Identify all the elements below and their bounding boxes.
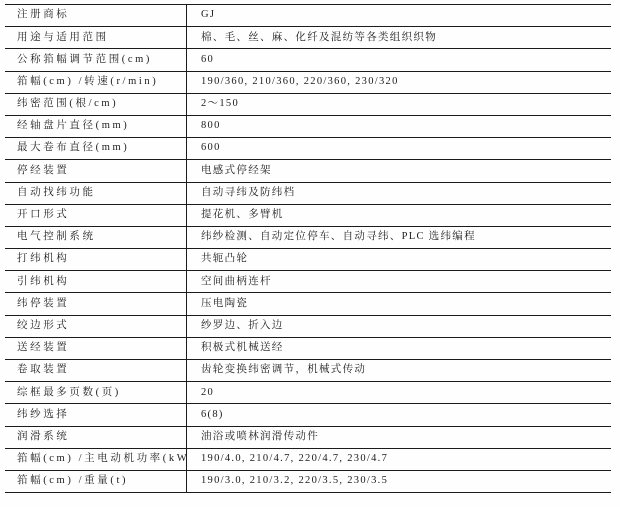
spec-value: 积极式机械送经: [186, 338, 611, 359]
table-row: 注册商标 GJ: [5, 5, 611, 27]
spec-value: 190/3.0, 210/3.2, 220/3.5, 230/3.5: [186, 471, 611, 492]
spec-label: 注册商标: [5, 5, 186, 26]
spec-label: 最大卷布直径(mm): [5, 138, 186, 159]
spec-label: 自动找纬功能: [5, 183, 186, 204]
table-row: 用途与适用范围 棉、毛、丝、麻、化纤及混纺等各类组织织物: [5, 27, 611, 49]
table-row: 润滑系统 油浴或喷林润滑传动件: [5, 427, 611, 449]
spec-label: 润滑系统: [5, 427, 186, 448]
spec-value: 纱罗边、折入边: [186, 316, 611, 337]
table-row: 筘幅(cm) /转速(r/min) 190/360, 210/360, 220/…: [5, 72, 611, 94]
spec-label: 送经装置: [5, 338, 186, 359]
spec-label: 筘幅(cm) /转速(r/min): [5, 72, 186, 93]
table-row: 筘幅(cm) /重量(t) 190/3.0, 210/3.2, 220/3.5,…: [5, 471, 611, 493]
spec-label: 筘幅(cm) /主电动机功率(kW): [5, 449, 186, 470]
spec-label: 绞边形式: [5, 316, 186, 337]
spec-label: 电气控制系统: [5, 227, 186, 248]
table-row: 自动找纬功能 自动寻纬及防纬档: [5, 183, 611, 205]
spec-value: 20: [186, 382, 611, 403]
spec-value: 自动寻纬及防纬档: [186, 183, 611, 204]
spec-value: 压电陶瓷: [186, 293, 611, 314]
spec-label: 用途与适用范围: [5, 27, 186, 48]
spec-label: 综框最多页数(页): [5, 382, 186, 403]
table-row: 纬纱选择 6(8): [5, 404, 611, 426]
spec-value: 800: [186, 116, 611, 137]
spec-value: 空间曲柄连杆: [186, 271, 611, 292]
spec-label: 公称筘幅调节范围(cm): [5, 49, 186, 70]
table-row: 送经装置 积极式机械送经: [5, 338, 611, 360]
spec-value: 2～150: [186, 94, 611, 115]
spec-label: 筘幅(cm) /重量(t): [5, 471, 186, 492]
table-row: 公称筘幅调节范围(cm) 60: [5, 49, 611, 71]
spec-label: 纬密范围(根/cm): [5, 94, 186, 115]
table-row: 停经装置 电感式停经架: [5, 160, 611, 182]
table-row: 电气控制系统 纬纱检测、自动定位停车、自动寻纬、PLC 选纬编程: [5, 227, 611, 249]
table-row: 纬密范围(根/cm) 2～150: [5, 94, 611, 116]
table-row: 开口形式 提花机、多臂机: [5, 205, 611, 227]
spec-value: 190/360, 210/360, 220/360, 230/320: [186, 72, 611, 93]
table-row: 绞边形式 纱罗边、折入边: [5, 316, 611, 338]
spec-value: 190/4.0, 210/4.7, 220/4.7, 230/4.7: [186, 449, 611, 470]
table-row: 综框最多页数(页) 20: [5, 382, 611, 404]
spec-label: 停经装置: [5, 160, 186, 181]
spec-value: 齿轮变换纬密调节，机械式传动: [186, 360, 611, 381]
table-row: 卷取装置 齿轮变换纬密调节，机械式传动: [5, 360, 611, 382]
spec-label: 引纬机构: [5, 271, 186, 292]
spec-value: 棉、毛、丝、麻、化纤及混纺等各类组织织物: [186, 27, 611, 48]
spec-label: 卷取装置: [5, 360, 186, 381]
spec-value: 电感式停经架: [186, 160, 611, 181]
spec-value: 纬纱检测、自动定位停车、自动寻纬、PLC 选纬编程: [186, 227, 611, 248]
table-row: 筘幅(cm) /主电动机功率(kW) 190/4.0, 210/4.7, 220…: [5, 449, 611, 471]
spec-label: 打纬机构: [5, 249, 186, 270]
spec-value: 提花机、多臂机: [186, 205, 611, 226]
spec-label: 开口形式: [5, 205, 186, 226]
spec-label: 纬停装置: [5, 293, 186, 314]
table-row: 经轴盘片直径(mm) 800: [5, 116, 611, 138]
spec-value: 6(8): [186, 404, 611, 425]
spec-label: 经轴盘片直径(mm): [5, 116, 186, 137]
table-row: 打纬机构 共轭凸轮: [5, 249, 611, 271]
spec-value: 油浴或喷林润滑传动件: [186, 427, 611, 448]
spec-value: 60: [186, 49, 611, 70]
spec-label: 纬纱选择: [5, 404, 186, 425]
spec-value: 600: [186, 138, 611, 159]
spec-value: GJ: [186, 5, 611, 26]
table-row: 纬停装置 压电陶瓷: [5, 293, 611, 315]
table-row: 引纬机构 空间曲柄连杆: [5, 271, 611, 293]
machine-spec-table: 注册商标 GJ 用途与适用范围 棉、毛、丝、麻、化纤及混纺等各类组织织物 公称筘…: [5, 4, 611, 493]
table-row: 最大卷布直径(mm) 600: [5, 138, 611, 160]
spec-value: 共轭凸轮: [186, 249, 611, 270]
scanned-spec-page: 注册商标 GJ 用途与适用范围 棉、毛、丝、麻、化纤及混纺等各类组织织物 公称筘…: [0, 0, 620, 507]
